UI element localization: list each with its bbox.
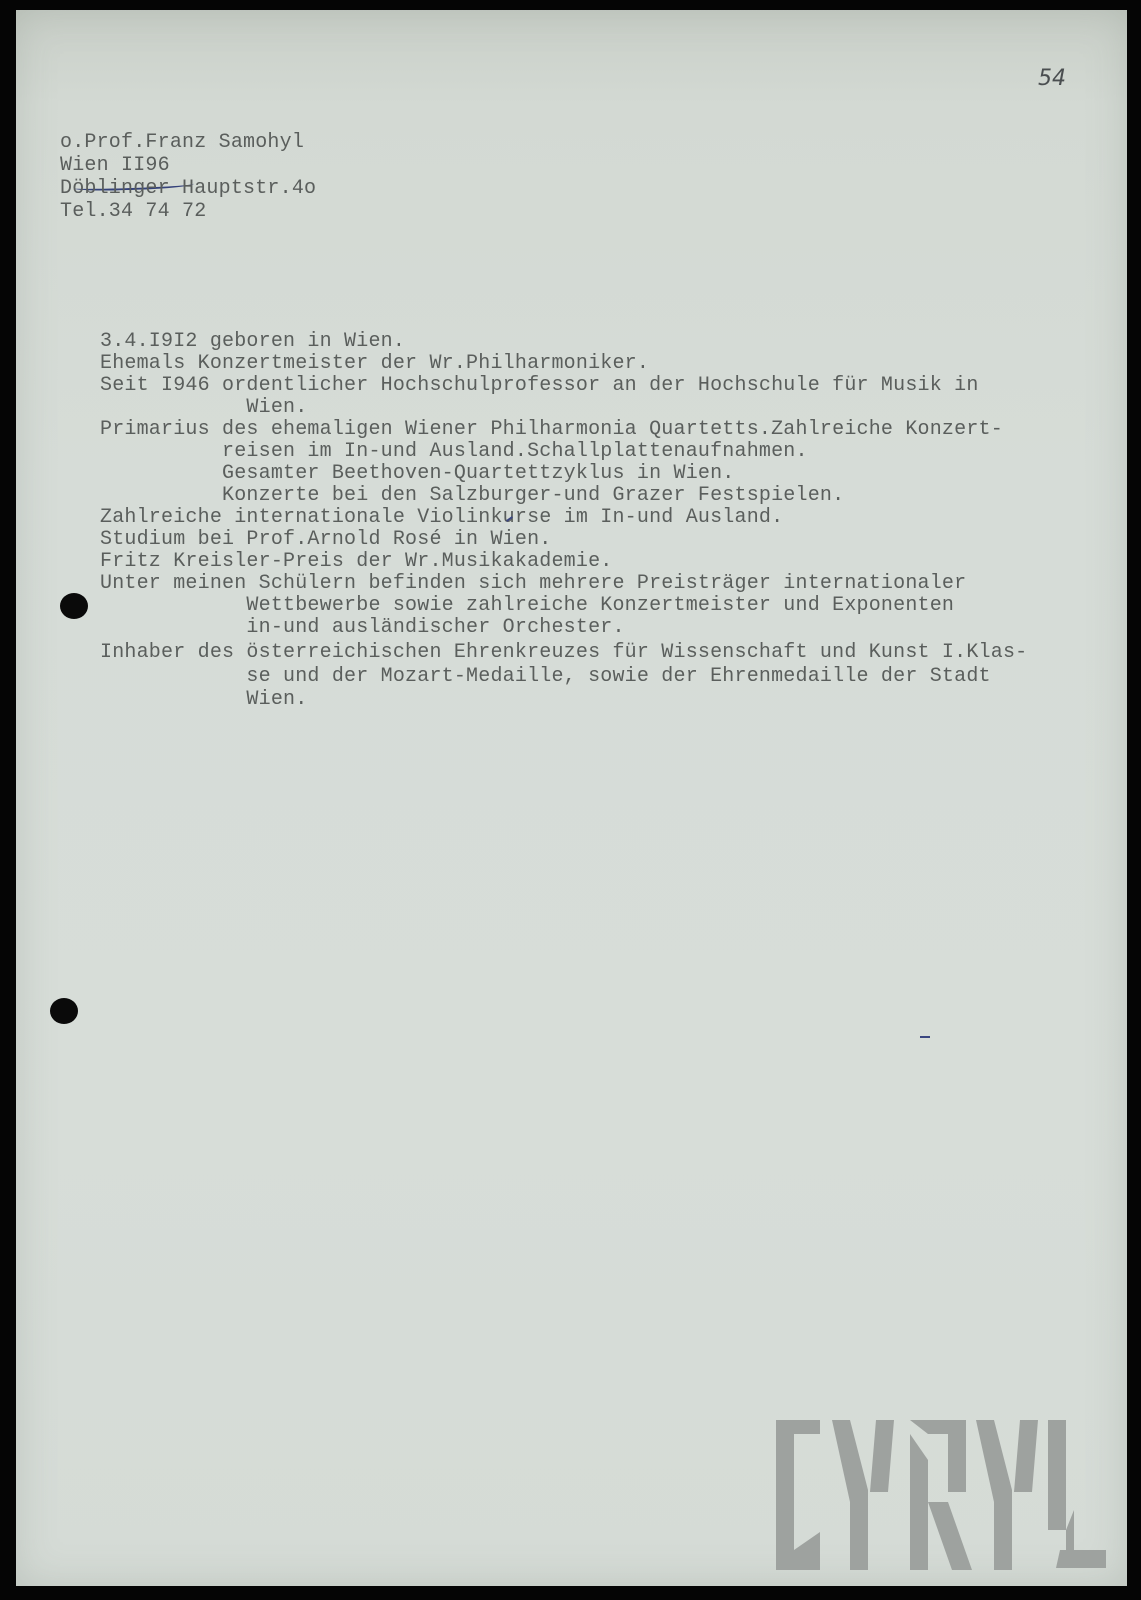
bio-line: reisen im In-und Ausland.Schallplattenau… <box>100 441 808 463</box>
bio-line: 3.4.I9I2 geboren in Wien. <box>100 331 405 353</box>
punch-hole-upper <box>60 593 88 619</box>
bio-line: Unter meinen Schülern befinden sich mehr… <box>100 573 966 595</box>
bio-line: in-und ausländischer Orchester. <box>100 617 625 639</box>
handwritten-page-number: 54 <box>1038 66 1066 91</box>
sender-street: Döblinger Hauptstr.4o <box>60 178 316 200</box>
bio-line: Konzerte bei den Salzburger-und Grazer F… <box>100 485 844 507</box>
cyryl-watermark-logo <box>776 1420 1116 1570</box>
document-page: 54 o.Prof.Franz Samohyl Wien II96 Döblin… <box>16 10 1127 1586</box>
pen-dash-mark <box>920 1036 930 1038</box>
bio-line: Wien. <box>100 689 307 711</box>
bio-line: Inhaber des österreichischen Ehrenkreuze… <box>100 642 1027 664</box>
bio-line: Gesamter Beethoven-Quartettzyklus in Wie… <box>100 463 735 485</box>
bio-line: se und der Mozart-Medaille, sowie der Eh… <box>100 666 991 688</box>
bio-line: Fritz Kreisler-Preis der Wr.Musikakademi… <box>100 551 612 573</box>
sender-city: Wien II96 <box>60 155 170 177</box>
sender-phone: Tel.34 74 72 <box>60 201 206 223</box>
bio-line: Seit I946 ordentlicher Hochschulprofesso… <box>100 375 979 397</box>
punch-hole-lower <box>50 998 78 1024</box>
bio-line: Zahlreiche internationale Violinkurse im… <box>100 507 783 529</box>
bio-line: Wien. <box>100 397 307 419</box>
bio-line: Studium bei Prof.Arnold Rosé in Wien. <box>100 529 551 551</box>
bio-line: Primarius des ehemaligen Wiener Philharm… <box>100 419 1003 441</box>
bio-line: Wettbewerbe sowie zahlreiche Konzertmeis… <box>100 595 954 617</box>
sender-name: o.Prof.Franz Samohyl <box>60 132 304 154</box>
bio-line: Ehemals Konzertmeister der Wr.Philharmon… <box>100 353 649 375</box>
